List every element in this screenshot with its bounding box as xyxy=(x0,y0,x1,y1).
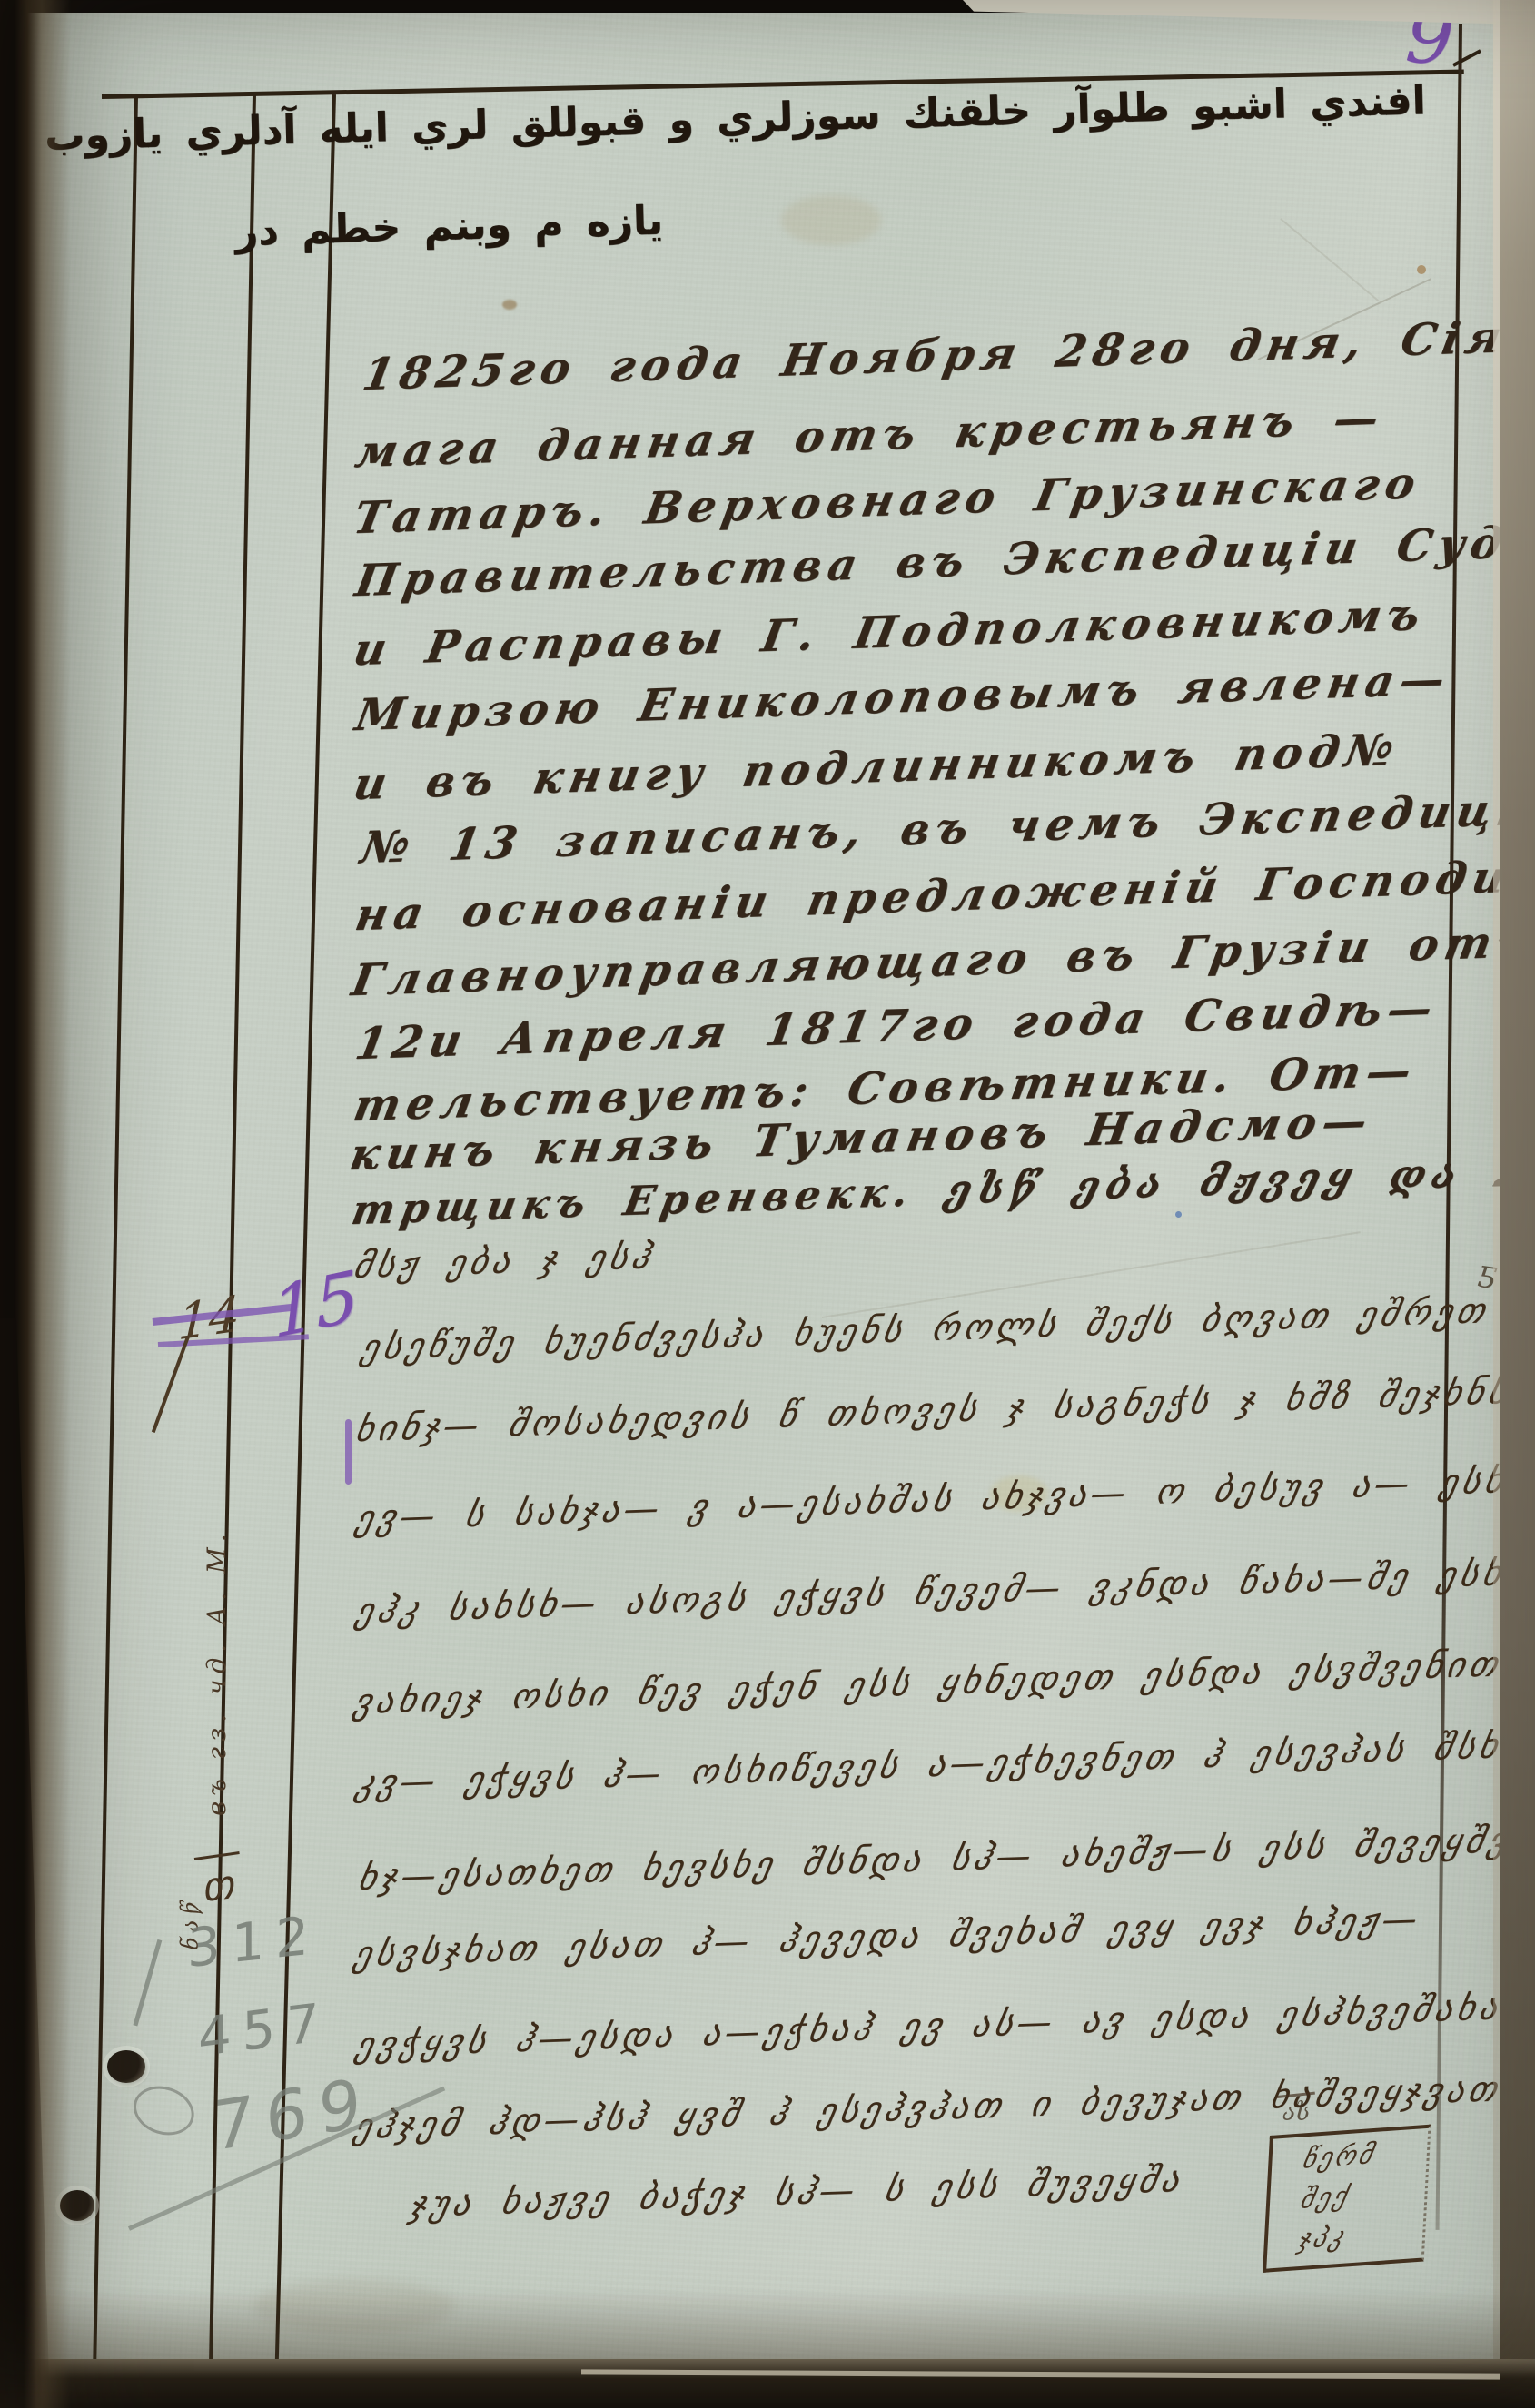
arabic-line: يازه م وبنم خطم در xyxy=(299,198,663,253)
punch-hole xyxy=(107,2050,145,2083)
page-bottom-shadow xyxy=(0,2288,1535,2361)
margin-vertical-note: въ гз. чд. А. М. xyxy=(202,1389,232,1816)
book-fore-edge xyxy=(1500,0,1535,2408)
corner-box-line: ჯპკ xyxy=(1294,2210,1428,2259)
purple-margin-tick xyxy=(345,1419,352,1485)
corner-box: წერმ შექ ჯპკ xyxy=(1263,2125,1431,2273)
scan-top-edge xyxy=(0,0,1054,13)
corner-box-above: ას xyxy=(1282,2099,1310,2127)
margin-theta-mark: თ xyxy=(199,1861,237,1911)
scan-bottom-edge xyxy=(0,2359,1535,2408)
manuscript-scan: 9 افندي اشبو طلوآر خلقنك سوزلري و قبوللق… xyxy=(0,0,1535,2408)
